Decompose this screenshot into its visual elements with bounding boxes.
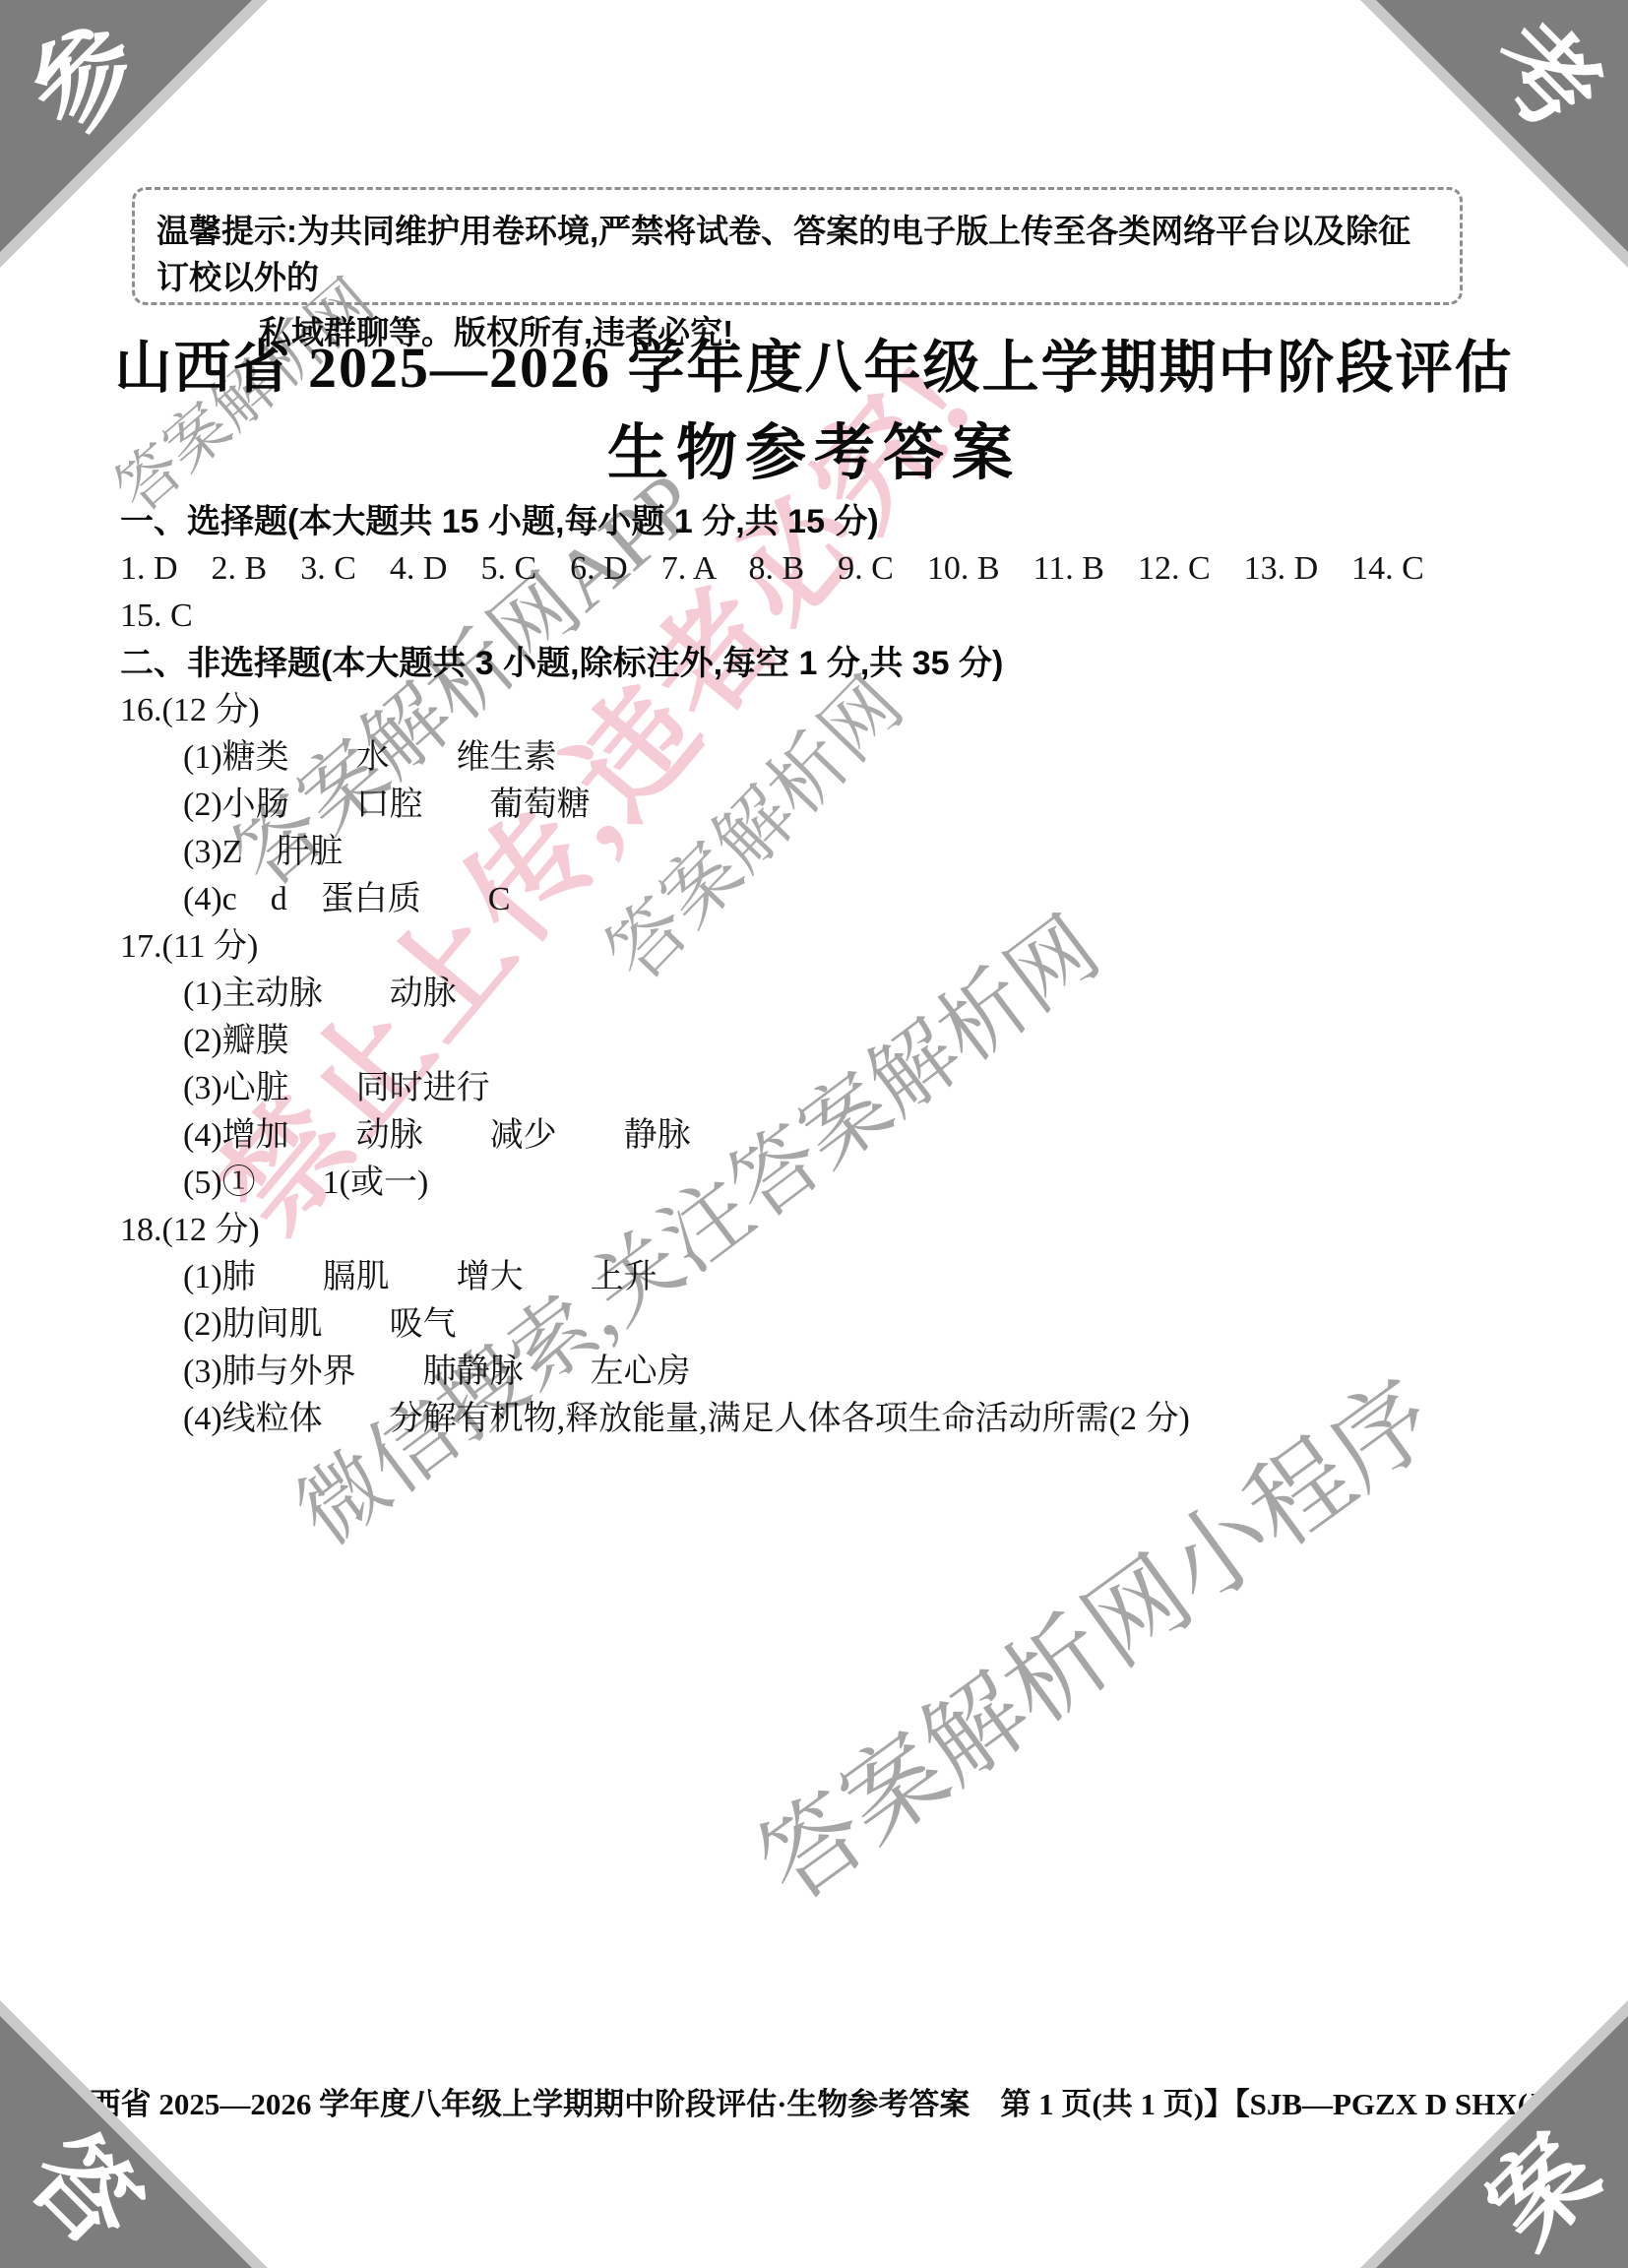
answer-body: 一、选择题(本大题共 15 小题,每小题 1 分,共 15 分) 1. D 2.…: [120, 498, 1518, 1443]
question17-item-4: (4)增加 动脉 减少 静脉: [120, 1112, 1518, 1160]
question18-label: 18.(12 分): [120, 1207, 1518, 1254]
page-title: 山西省 2025—2026 学年度八年级上学期期中阶段评估: [0, 321, 1628, 404]
question17-item-3: (3)心脏 同时进行: [120, 1065, 1518, 1112]
section1-header: 一、选择题(本大题共 15 小题,每小题 1 分,共 15 分): [120, 498, 1518, 545]
question18-item-4: (4)线粒体 分解有机物,释放能量,满足人体各项生命活动所需(2 分): [120, 1396, 1518, 1443]
notice-box: 温馨提示:为共同维护用卷环境,严禁将试卷、答案的电子版上传至各类网络平台以及除征…: [132, 187, 1463, 305]
question17-item-2: (2)瓣膜: [120, 1018, 1518, 1065]
question17-label: 17.(11 分): [120, 923, 1518, 971]
page-footer: 【山西省 2025—2026 学年度八年级上学期期中阶段评估·生物参考答案 第 …: [0, 2079, 1628, 2123]
question16-item-1: (1)糖类 水 维生素: [120, 734, 1518, 782]
question18-item-2: (2)肋间肌 吸气: [120, 1301, 1518, 1349]
question18-item-1: (1)肺 膈肌 增大 上升: [120, 1254, 1518, 1301]
question16-item-3: (3)Z 肝脏: [120, 829, 1518, 876]
section2-header: 二、非选择题(本大题共 3 小题,除标注外,每空 1 分,共 35 分): [120, 640, 1518, 687]
question16-item-2: (2)小肠 口腔 葡萄糖: [120, 782, 1518, 829]
question17-item-5: (5)① 1(或一): [120, 1160, 1518, 1207]
question16-item-4: (4)c d 蛋白质 C: [120, 876, 1518, 923]
question18-item-3: (3)肺与外界 肺静脉 左心房: [120, 1349, 1518, 1396]
question17-item-1: (1)主动脉 动脉: [120, 971, 1518, 1018]
page-subtitle: 生物参考答案: [0, 404, 1628, 491]
choice-answers-row-1: 1. D 2. B 3. C 4. D 5. C 6. D 7. A 8. B …: [120, 545, 1518, 593]
choice-answers-row-2: 15. C: [120, 593, 1518, 640]
question16-label: 16.(12 分): [120, 687, 1518, 734]
notice-line-1: 温馨提示:为共同维护用卷环境,严禁将试卷、答案的电子版上传至各类网络平台以及除征…: [157, 206, 1438, 298]
exam-answer-sheet-page: 禁止上传,违者必究! 答案解析网 答案解析网APP 答案解析网 微信搜索,关注答…: [0, 0, 1628, 2268]
